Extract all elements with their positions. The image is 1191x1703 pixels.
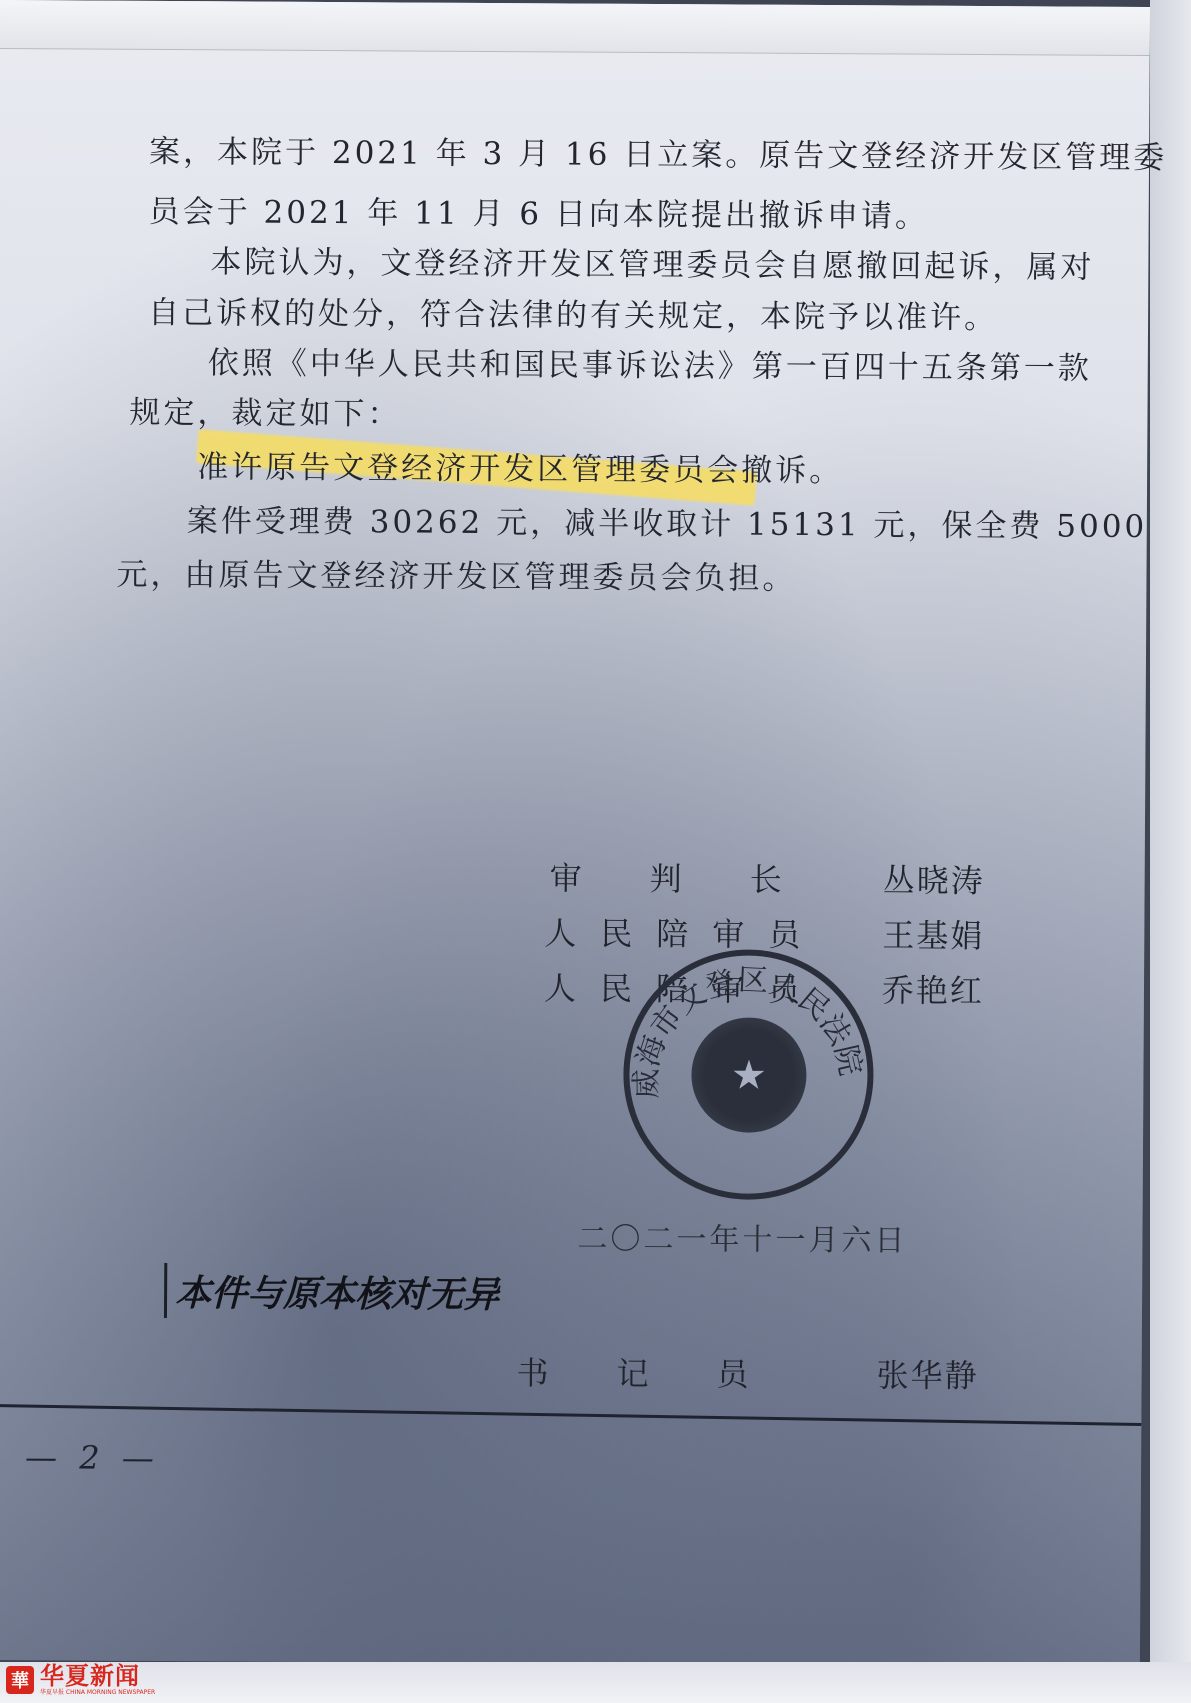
signature-name: 王基娟 <box>882 910 984 957</box>
court-ruling-page: 案，本院于 2021 年 3 月 16 日立案。原告文登经济开发区管理委 员会于… <box>0 0 1150 1667</box>
signature-name: 乔艳红 <box>882 965 984 1012</box>
ruling-line: 准许原告文登经济开发区管理委员会撤诉。 <box>197 441 843 490</box>
body-line: 元，由原告文登经济开发区管理委员会负担。 <box>116 549 796 598</box>
watermark-title: 华夏新闻 <box>40 1664 155 1688</box>
body-line: 规定，裁定如下： <box>129 387 401 434</box>
body-line: 自己诉权的处分，符合法律的有关规定，本院予以准许。 <box>148 287 998 337</box>
body-line: 本院认为，文登经济开发区管理委员会自愿撤回起诉，属对 <box>210 236 1094 286</box>
signature-name: 丛晓涛 <box>883 855 985 902</box>
paper-top-fold <box>0 0 1150 56</box>
ruling-date: 二〇二一年十一月六日 <box>577 1214 907 1260</box>
court-seal: 威海市文登区人民法院 ★ <box>623 949 875 1201</box>
watermark-subtitle: 华夏早报 CHINA MORNING NEWSPAPER <box>40 1690 155 1696</box>
clerk-role: 书记员 <box>516 1348 816 1396</box>
adjacent-page: 哈第 <box>1150 0 1191 1703</box>
body-line: 案，本院于 2021 年 3 月 16 日立案。原告文登经济开发区管理委 <box>149 126 1167 177</box>
signature-role: 人民陪审员 <box>544 908 824 956</box>
clerk-name: 张华静 <box>876 1350 978 1397</box>
national-emblem-icon: ★ <box>691 1017 807 1133</box>
lower-page-edge <box>0 1662 1191 1703</box>
news-logo-icon: 華 <box>6 1666 34 1694</box>
page-number: — 2 — <box>25 1438 160 1477</box>
signature-role: 审判长 <box>550 853 850 901</box>
body-line: 员会于 2021 年 11 月 6 日向本院提出撤诉申请。 <box>149 186 929 236</box>
body-line: 案件受理费 30262 元，减半收取计 15131 元，保全费 5000 <box>187 495 1148 546</box>
body-line: 依照《中华人民共和国民事诉讼法》第一百四十五条第一款 <box>208 337 1092 387</box>
news-watermark: 華 华夏新闻 华夏早报 CHINA MORNING NEWSPAPER <box>6 1664 155 1696</box>
certification-stamp: 本件与原本核对无异 <box>164 1263 507 1320</box>
footer-rule <box>0 1404 1141 1426</box>
